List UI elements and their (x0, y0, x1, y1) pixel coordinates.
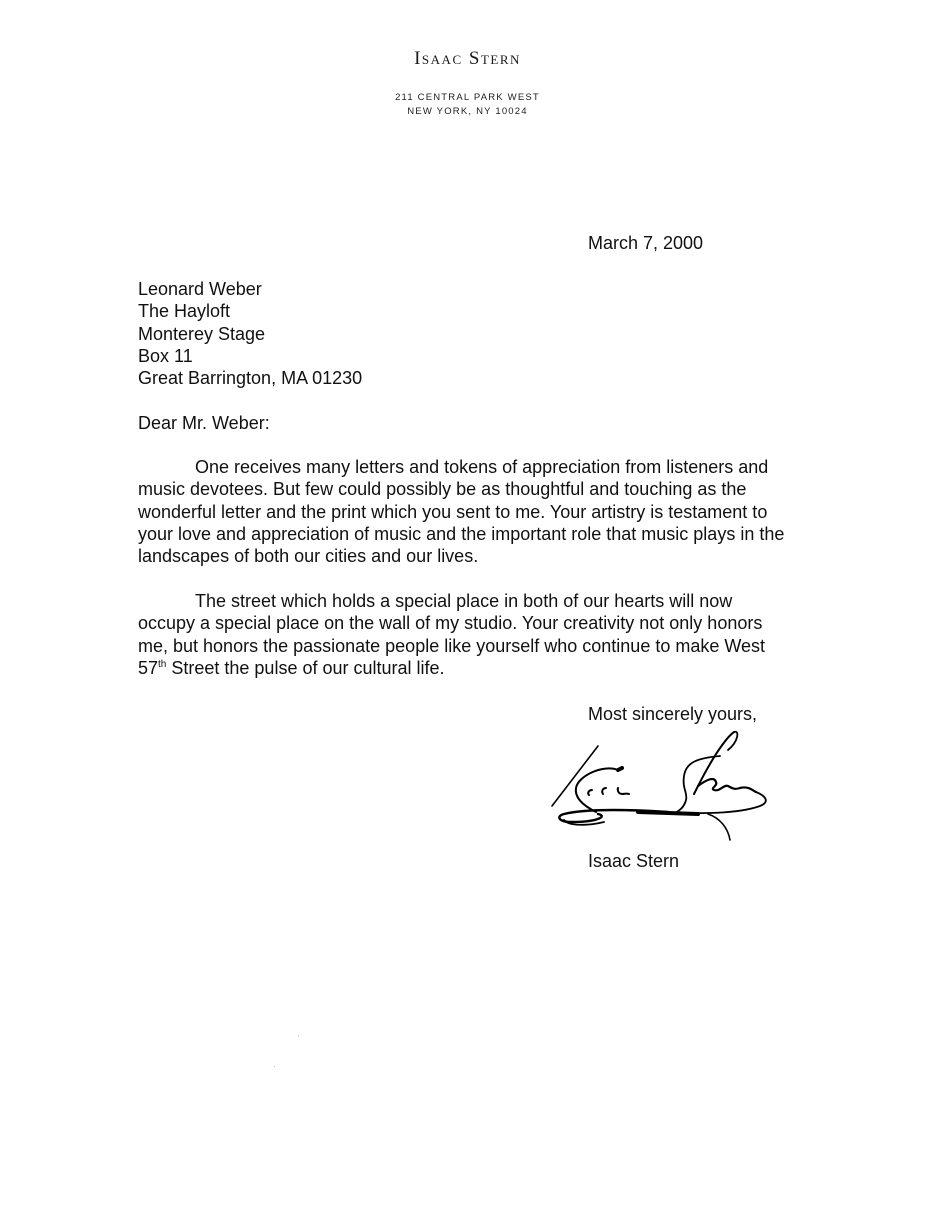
body-paragraph-2: The street which holds a special place i… (138, 590, 828, 679)
letterhead-name: Isaac Stern (0, 48, 935, 70)
signer-name: Isaac Stern (588, 850, 679, 872)
letter-date: March 7, 2000 (588, 232, 703, 254)
paragraph-line: me, but honors the passionate people lik… (138, 635, 828, 657)
recipient-line: Box 11 (138, 345, 362, 367)
recipient-line: The Hayloft (138, 300, 362, 322)
letterhead-address-line2: NEW YORK, NY 10024 (0, 106, 935, 117)
paragraph-line-rest: Street the pulse of our cultural life. (166, 658, 444, 678)
street-number: 57 (138, 658, 158, 678)
paragraph-line: occupy a special place on the wall of my… (138, 612, 828, 634)
closing: Most sincerely yours, (588, 703, 757, 725)
letterhead-address-line1: 211 CENTRAL PARK WEST (0, 92, 935, 103)
paragraph-line: The street which holds a special place i… (138, 590, 828, 612)
paragraph-line: landscapes of both our cities and our li… (138, 545, 828, 567)
salutation: Dear Mr. Weber: (138, 412, 270, 434)
scan-speck (274, 1066, 275, 1067)
recipient-line: Great Barrington, MA 01230 (138, 367, 362, 389)
recipient-address: Leonard Weber The Hayloft Monterey Stage… (138, 278, 362, 389)
recipient-line: Monterey Stage (138, 323, 362, 345)
paragraph-line: 57th Street the pulse of our cultural li… (138, 657, 828, 679)
paragraph-line: One receives many letters and tokens of … (138, 456, 828, 478)
scan-speck (298, 1035, 299, 1036)
paragraph-line: wonderful letter and the print which you… (138, 501, 828, 523)
paragraph-line: music devotees. But few could possibly b… (138, 478, 828, 500)
paragraph-line: your love and appreciation of music and … (138, 523, 828, 545)
signature-icon (548, 728, 773, 846)
body-paragraph-1: One receives many letters and tokens of … (138, 456, 828, 567)
recipient-name: Leonard Weber (138, 278, 362, 300)
